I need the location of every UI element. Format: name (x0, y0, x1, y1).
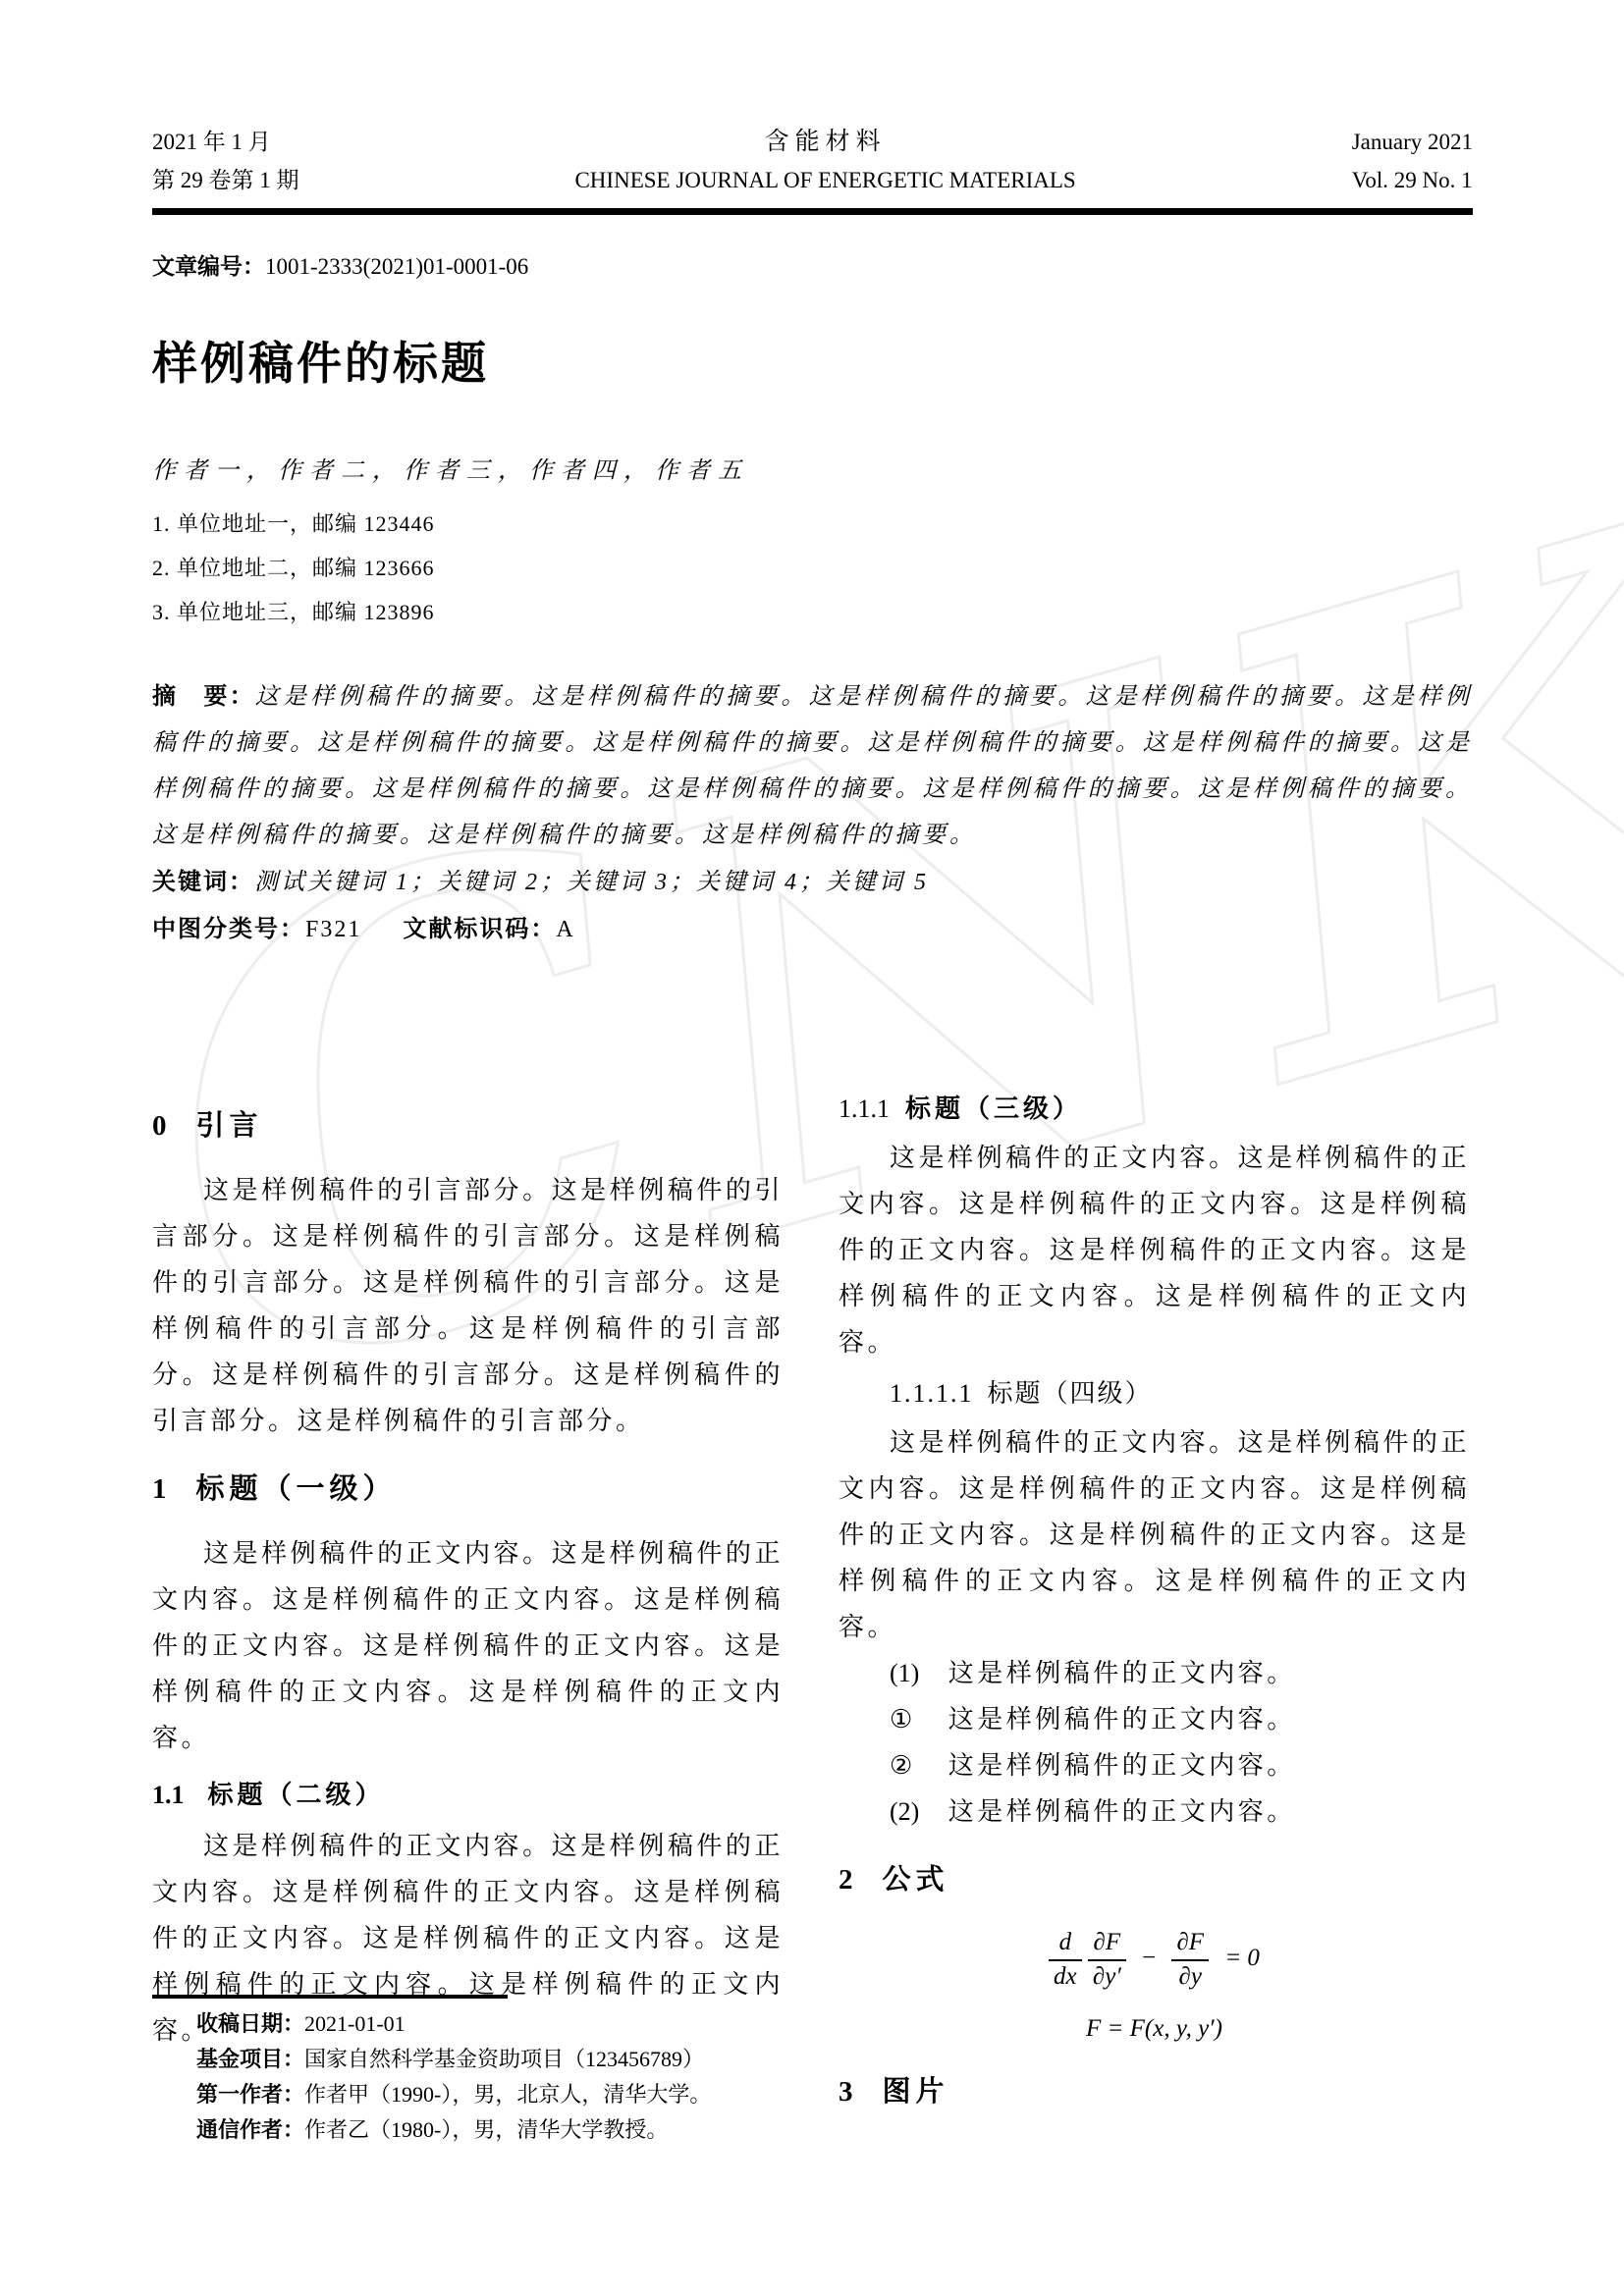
article-number-label: 文章编号： (152, 253, 265, 279)
list-item-4: (2)这是样例稿件的正文内容。 (839, 1789, 1470, 1835)
keywords-line: 关键词：测试关键词 1；关键词 2；关键词 3；关键词 4；关键词 5 (152, 859, 1473, 906)
section-heading-0: 0引言 (152, 1106, 784, 1146)
funding-label: 基金项目： (196, 2047, 304, 2071)
article-number-value: 1001-2333(2021)01-0001-06 (265, 254, 528, 279)
section-title: 标题（一级） (196, 1473, 397, 1505)
keywords-label: 关键词： (152, 869, 254, 895)
abstract-label: 摘 要： (152, 683, 255, 710)
section-title: 引言 (196, 1110, 263, 1142)
footnote-rule (152, 1995, 508, 1999)
footnote-lines: 收稿日期：2021-01-01 基金项目：国家自然科学基金资助项目（123456… (152, 2006, 898, 2148)
left-column: 0引言 这是样例稿件的引言部分。这是样例稿件的引言部分。这是样例稿件的引言部分。… (152, 1087, 784, 2133)
volume-issue-cn: 第 29 卷第 1 期 (152, 161, 299, 199)
list-marker: (2) (890, 1789, 948, 1835)
numerator: ∂F (1171, 1929, 1209, 1961)
received-date-value: 2021-01-01 (304, 2011, 406, 2036)
section-number: 0 (152, 1110, 167, 1142)
numerator: d (1049, 1929, 1082, 1961)
running-head: 2021 年 1 月 第 29 卷第 1 期 含能材料 CHINESE JOUR… (152, 123, 1473, 199)
list-marker: (1) (890, 1650, 948, 1696)
section-heading-1-1: 1.1标题（二级） (152, 1773, 784, 1817)
affiliation-2: 2. 单位地址二，邮编 123666 (152, 546, 1473, 590)
section-number: 1.1.1 (839, 1095, 890, 1123)
minus-operator: − (1142, 1945, 1156, 1972)
first-author-line: 第一作者：作者甲（1990-），男，北京人，清华大学。 (196, 2077, 898, 2112)
running-head-center: 含能材料 CHINESE JOURNAL OF ENERGETIC MATERI… (299, 123, 1352, 199)
list-marker: ① (890, 1696, 948, 1742)
denominator: dx (1049, 1961, 1082, 1992)
section-heading-1-1-1-1: 1.1.1.1标题（四级） (839, 1371, 1470, 1415)
body-columns: 0引言 这是样例稿件的引言部分。这是样例稿件的引言部分。这是样例稿件的引言部分。… (152, 1087, 1473, 2133)
section-title: 标题（二级） (208, 1780, 385, 1809)
clc-line: 中图分类号：F321文献标识码：A (152, 906, 1473, 953)
clc-label: 中图分类号： (152, 916, 305, 942)
doc-code-value: A (556, 917, 574, 942)
issue-date-en: January 2021 (1352, 123, 1473, 161)
volume-issue-en: Vol. 29 No. 1 (1352, 161, 1473, 199)
affiliation-3: 3. 单位地址三，邮编 123896 (152, 590, 1473, 634)
keywords-text: 测试关键词 1；关键词 2；关键词 3；关键词 4；关键词 5 (254, 870, 929, 895)
paper-title: 样例稿件的标题 (152, 328, 1473, 393)
received-date-label: 收稿日期： (196, 2011, 304, 2036)
section-title: 公式 (883, 1864, 949, 1896)
equals-zero: = 0 (1224, 1945, 1260, 1972)
first-author-label: 第一作者： (196, 2082, 304, 2107)
list-text: 这是样例稿件的正文内容。 (948, 1751, 1296, 1780)
list-item-1: (1)这是样例稿件的正文内容。 (839, 1650, 1470, 1696)
section-heading-3: 3图片 (839, 2072, 1470, 2111)
running-head-left: 2021 年 1 月 第 29 卷第 1 期 (152, 123, 299, 199)
section-number: 1.1 (152, 1781, 185, 1809)
list-text: 这是样例稿件的正文内容。 (948, 1659, 1296, 1687)
fraction-d-dx: d dx (1049, 1929, 1082, 1992)
fraction-dF-dyprime: ∂F ∂y′ (1088, 1929, 1126, 1992)
received-date-line: 收稿日期：2021-01-01 (196, 2006, 898, 2042)
first-author-value: 作者甲（1990-），男，北京人，清华大学。 (304, 2082, 711, 2107)
page-content: 2021 年 1 月 第 29 卷第 1 期 含能材料 CHINESE JOUR… (152, 123, 1473, 2133)
equation-2: F = F(x, y, y′) (839, 2015, 1470, 2043)
doc-code-label: 文献标识码： (403, 916, 556, 942)
clc-value: F321 (305, 917, 361, 942)
list-marker: ② (890, 1742, 948, 1789)
list-text: 这是样例稿件的正文内容。 (948, 1797, 1296, 1826)
section-number: 2 (839, 1864, 853, 1896)
journal-page: CNKI 2021 年 1 月 第 29 卷第 1 期 含能材料 CHINESE… (0, 0, 1624, 2296)
issue-date-cn: 2021 年 1 月 (152, 123, 299, 161)
section-title: 标题（四级） (988, 1379, 1153, 1408)
section-heading-1-1-1: 1.1.1标题（三级） (839, 1087, 1470, 1131)
section-number: 1.1.1.1 (890, 1379, 974, 1408)
corresponding-author-line: 通信作者：作者乙（1980-），男，清华大学教授。 (196, 2112, 898, 2148)
section-title: 标题（三级） (905, 1094, 1082, 1123)
funding-line: 基金项目：国家自然科学基金资助项目（123456789） (196, 2042, 898, 2077)
body-paragraph: 这是样例稿件的正文内容。这是样例稿件的正文内容。这是样例稿件的正文内容。这是样例… (152, 1530, 784, 1761)
running-head-right: January 2021 Vol. 29 No. 1 (1352, 123, 1473, 199)
intro-paragraph: 这是样例稿件的引言部分。这是样例稿件的引言部分。这是样例稿件的引言部分。这是样例… (152, 1167, 784, 1444)
article-number-line: 文章编号：1001-2333(2021)01-0001-06 (152, 248, 1473, 281)
right-column: 1.1.1标题（三级） 这是样例稿件的正文内容。这是样例稿件的正文内容。这是样例… (839, 1087, 1470, 2133)
section-heading-1: 1标题（一级） (152, 1469, 784, 1509)
corresponding-author-value: 作者乙（1980-），男，清华大学教授。 (304, 2117, 668, 2142)
numerator: ∂F (1088, 1929, 1126, 1961)
list-item-3: ②这是样例稿件的正文内容。 (839, 1742, 1470, 1789)
abstract: 摘 要：这是样例稿件的摘要。这是样例稿件的摘要。这是样例稿件的摘要。这是样例稿件… (152, 673, 1473, 953)
footnote-block: 收稿日期：2021-01-01 基金项目：国家自然科学基金资助项目（123456… (152, 1995, 898, 2148)
fraction-dF-dy: ∂F ∂y (1171, 1929, 1209, 1992)
journal-title-cn: 含能材料 (299, 123, 1352, 161)
list-text: 这是样例稿件的正文内容。 (948, 1705, 1296, 1734)
body-paragraph: 这是样例稿件的正文内容。这是样例稿件的正文内容。这是样例稿件的正文内容。这是样例… (839, 1419, 1470, 1650)
equation-1: d dx ∂F ∂y′ − ∂F ∂y = 0 (839, 1929, 1470, 1992)
affiliations: 1. 单位地址一，邮编 123446 2. 单位地址二，邮编 123666 3.… (152, 502, 1473, 634)
section-number: 1 (152, 1473, 167, 1505)
abstract-text: 这是样例稿件的摘要。这是样例稿件的摘要。这是样例稿件的摘要。这是样例稿件的摘要。… (152, 684, 1473, 848)
author-list: 作者一，作者二，作者三，作者四，作者五 (152, 450, 1473, 494)
section-heading-2: 2公式 (839, 1860, 1470, 1899)
list-item-2: ①这是样例稿件的正文内容。 (839, 1696, 1470, 1742)
body-paragraph: 这是样例稿件的正文内容。这是样例稿件的正文内容。这是样例稿件的正文内容。这是样例… (839, 1135, 1470, 1365)
denominator: ∂y′ (1088, 1961, 1126, 1992)
journal-title-en: CHINESE JOURNAL OF ENERGETIC MATERIALS (299, 161, 1352, 199)
funding-value: 国家自然科学基金资助项目（123456789） (304, 2047, 704, 2071)
header-double-rule (152, 208, 1473, 215)
corresponding-author-label: 通信作者： (196, 2117, 304, 2142)
denominator: ∂y (1171, 1961, 1209, 1992)
affiliation-1: 1. 单位地址一，邮编 123446 (152, 502, 1473, 546)
